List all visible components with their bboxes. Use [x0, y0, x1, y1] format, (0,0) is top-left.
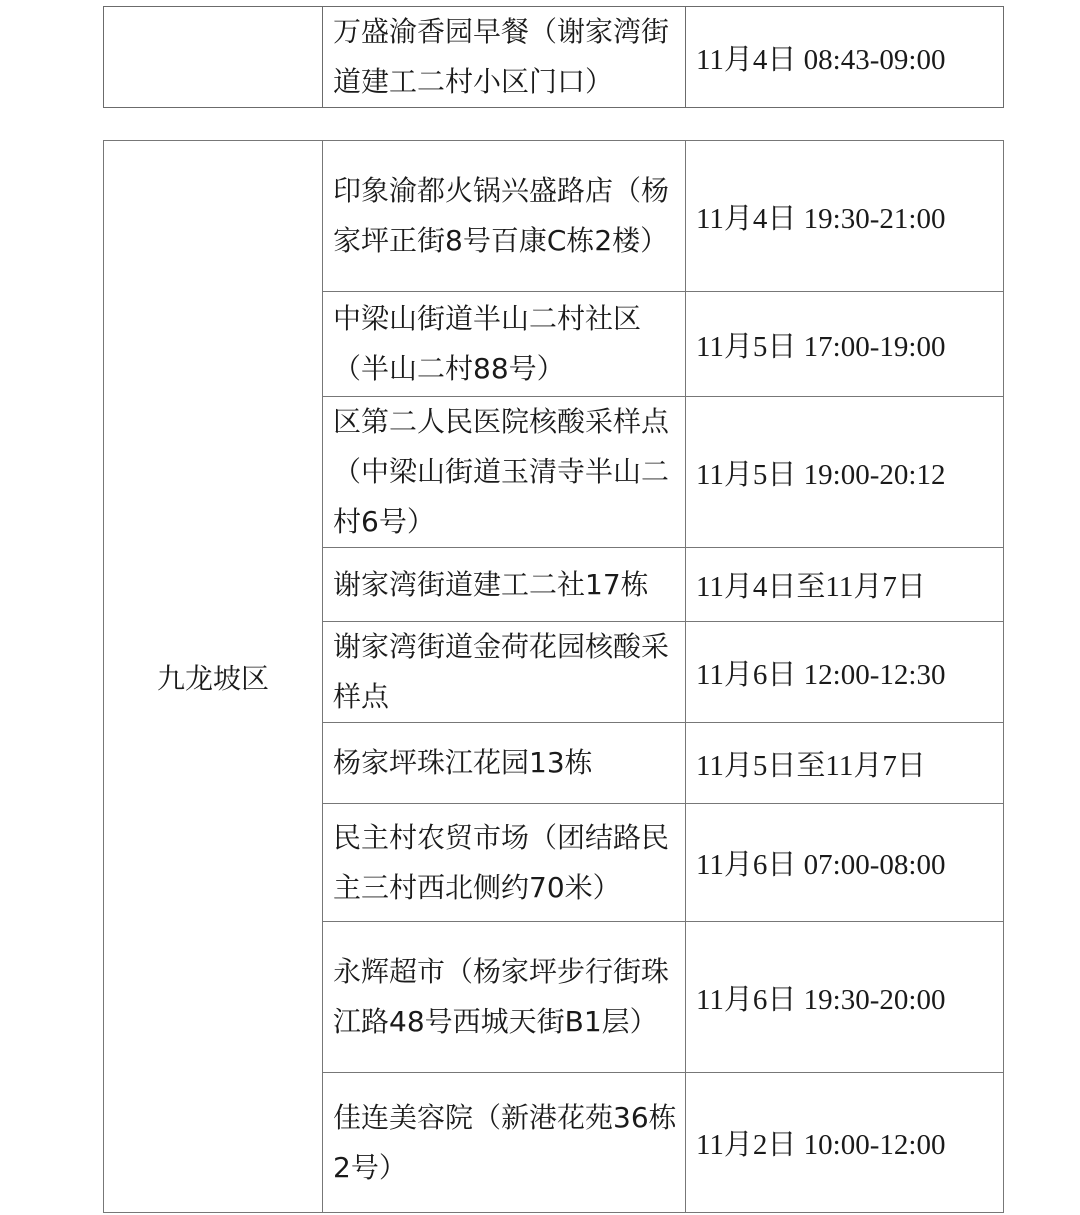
location-cell: 万盛渝香园早餐（谢家湾街道建工二村小区门口）: [323, 7, 686, 108]
location-cell: 民主村农贸市场（团结路民主三村西北侧约70米）: [323, 804, 686, 922]
time-cell: 11月5日 19:00-20:12: [686, 397, 1004, 548]
table-row: 万盛渝香园早餐（谢家湾街道建工二村小区门口） 11月4日 08:43-09:00: [104, 7, 1004, 108]
district-cell: [104, 7, 323, 108]
location-table-jiulongpo: 九龙坡区 印象渝都火锅兴盛路店（杨家坪正街8号百康C栋2楼） 11月4日 19:…: [103, 140, 1004, 1213]
time-cell: 11月6日 19:30-20:00: [686, 922, 1004, 1073]
location-cell: 杨家坪珠江花园13栋: [323, 723, 686, 804]
time-cell: 11月6日 12:00-12:30: [686, 622, 1004, 723]
location-table-continued: 万盛渝香园早餐（谢家湾街道建工二村小区门口） 11月4日 08:43-09:00: [103, 6, 1004, 108]
location-cell: 印象渝都火锅兴盛路店（杨家坪正街8号百康C栋2楼）: [323, 141, 686, 292]
district-cell: 九龙坡区: [104, 141, 323, 1213]
table-row: 九龙坡区 印象渝都火锅兴盛路店（杨家坪正街8号百康C栋2楼） 11月4日 19:…: [104, 141, 1004, 292]
location-cell: 佳连美容院（新港花苑36栋2号）: [323, 1073, 686, 1213]
location-cell: 谢家湾街道建工二社17栋: [323, 548, 686, 622]
time-cell: 11月2日 10:00-12:00: [686, 1073, 1004, 1213]
time-cell: 11月4日 19:30-21:00: [686, 141, 1004, 292]
time-cell: 11月4日至11月7日: [686, 548, 1004, 622]
location-cell: 谢家湾街道金荷花园核酸采样点: [323, 622, 686, 723]
time-cell: 11月6日 07:00-08:00: [686, 804, 1004, 922]
location-cell: 区第二人民医院核酸采样点（中梁山街道玉清寺半山二村6号）: [323, 397, 686, 548]
time-cell: 11月5日至11月7日: [686, 723, 1004, 804]
time-cell: 11月5日 17:00-19:00: [686, 292, 1004, 397]
location-cell: 永辉超市（杨家坪步行街珠江路48号西城天街B1层）: [323, 922, 686, 1073]
time-cell: 11月4日 08:43-09:00: [686, 7, 1004, 108]
location-cell: 中梁山街道半山二村社区（半山二村88号）: [323, 292, 686, 397]
